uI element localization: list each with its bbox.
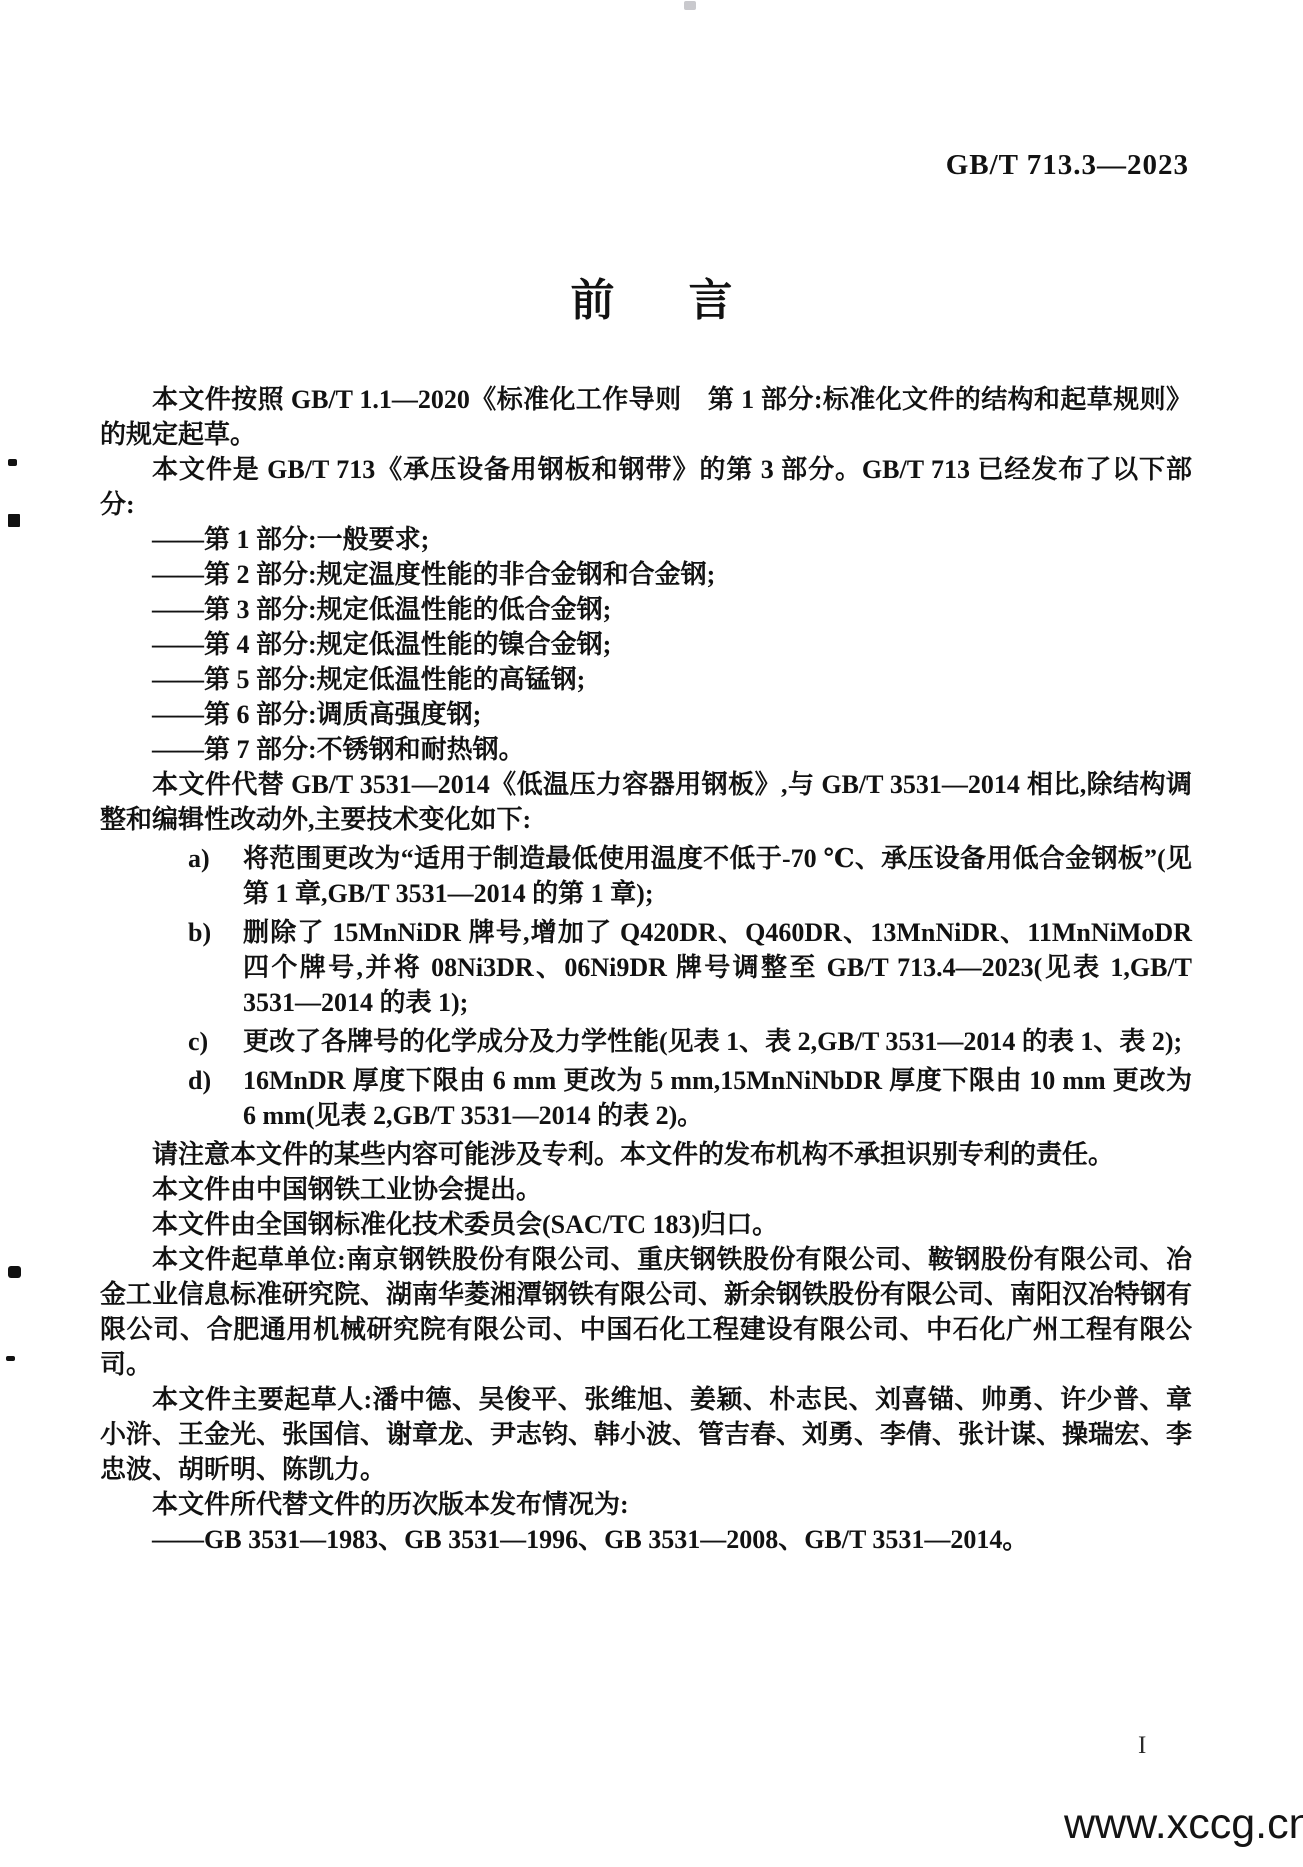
scan-artifact (8, 459, 17, 466)
list-item-text: 删除了 15MnNiDR 牌号,增加了 Q420DR、Q460DR、13MnNi… (243, 918, 1192, 1017)
paragraph: a)将范围更改为“适用于制造最低使用温度不低于-70 ℃、承压设备用低合金钢板”… (100, 841, 1192, 911)
scan-artifact (8, 514, 20, 527)
list-marker: d) (188, 1063, 211, 1098)
list-item-text: 16MnDR 厚度下限由 6 mm 更改为 5 mm,15MnNiNbDR 厚度… (243, 1066, 1192, 1130)
paragraph: 本文件代替 GB/T 3531—2014《低温压力容器用钢板》,与 GB/T 3… (100, 767, 1192, 837)
list-marker: c) (188, 1024, 208, 1059)
paragraph: ——第 3 部分:规定低温性能的低合金钢; (100, 592, 1192, 627)
scan-artifact (8, 1266, 21, 1278)
paragraph: ——第 4 部分:规定低温性能的镍合金钢; (100, 627, 1192, 662)
paragraph: ——第 1 部分:一般要求; (100, 522, 1192, 557)
title-char-left: 前 (571, 264, 615, 328)
paragraph: 本文件是 GB/T 713《承压设备用钢板和钢带》的第 3 部分。GB/T 71… (100, 452, 1192, 522)
paragraph: 本文件起草单位:南京钢铁股份有限公司、重庆钢铁股份有限公司、鞍钢股份有限公司、冶… (100, 1242, 1192, 1382)
paragraph: ——第 2 部分:规定温度性能的非合金钢和合金钢; (100, 557, 1192, 592)
paragraph: 本文件所代替文件的历次版本发布情况为: (100, 1487, 1192, 1522)
list-marker: a) (188, 841, 210, 876)
scan-artifact (684, 1, 696, 10)
paragraph: 本文件由中国钢铁工业协会提出。 (100, 1172, 1192, 1207)
paragraph: 本文件按照 GB/T 1.1—2020《标准化工作导则 第 1 部分:标准化文件… (100, 382, 1192, 452)
paragraph: ——第 5 部分:规定低温性能的高锰钢; (100, 662, 1192, 697)
paragraph: ——第 7 部分:不锈钢和耐热钢。 (100, 732, 1192, 767)
title-char-right: 言 (689, 264, 733, 328)
list-item-text: 更改了各牌号的化学成分及力学性能(见表 1、表 2,GB/T 3531—2014… (243, 1027, 1182, 1056)
paragraph: d)16MnDR 厚度下限由 6 mm 更改为 5 mm,15MnNiNbDR … (100, 1063, 1192, 1133)
page-title: 前 言 (0, 264, 1303, 328)
foreword-body: 本文件按照 GB/T 1.1—2020《标准化工作导则 第 1 部分:标准化文件… (100, 382, 1192, 1557)
paragraph: b)删除了 15MnNiDR 牌号,增加了 Q420DR、Q460DR、13Mn… (100, 915, 1192, 1020)
list-marker: b) (188, 915, 211, 950)
page-number: I (1138, 1732, 1146, 1760)
paragraph: 本文件主要起草人:潘中德、吴俊平、张维旭、姜颖、朴志民、刘喜锚、帅勇、许少普、章… (100, 1382, 1192, 1487)
doc-number: GB/T 713.3—2023 (946, 149, 1189, 182)
document-page: GB/T 713.3—2023 前 言 本文件按照 GB/T 1.1—2020《… (0, 0, 1303, 1867)
paragraph: ——第 6 部分:调质高强度钢; (100, 697, 1192, 732)
scan-artifact (6, 1356, 15, 1361)
watermark: www.xccg.cn (1064, 1800, 1303, 1849)
paragraph: 请注意本文件的某些内容可能涉及专利。本文件的发布机构不承担识别专利的责任。 (100, 1137, 1192, 1172)
paragraph: ——GB 3531—1983、GB 3531—1996、GB 3531—2008… (100, 1522, 1192, 1557)
paragraph: c)更改了各牌号的化学成分及力学性能(见表 1、表 2,GB/T 3531—20… (100, 1024, 1192, 1059)
paragraph: 本文件由全国钢标准化技术委员会(SAC/TC 183)归口。 (100, 1207, 1192, 1242)
list-item-text: 将范围更改为“适用于制造最低使用温度不低于-70 ℃、承压设备用低合金钢板”(见… (243, 844, 1192, 908)
